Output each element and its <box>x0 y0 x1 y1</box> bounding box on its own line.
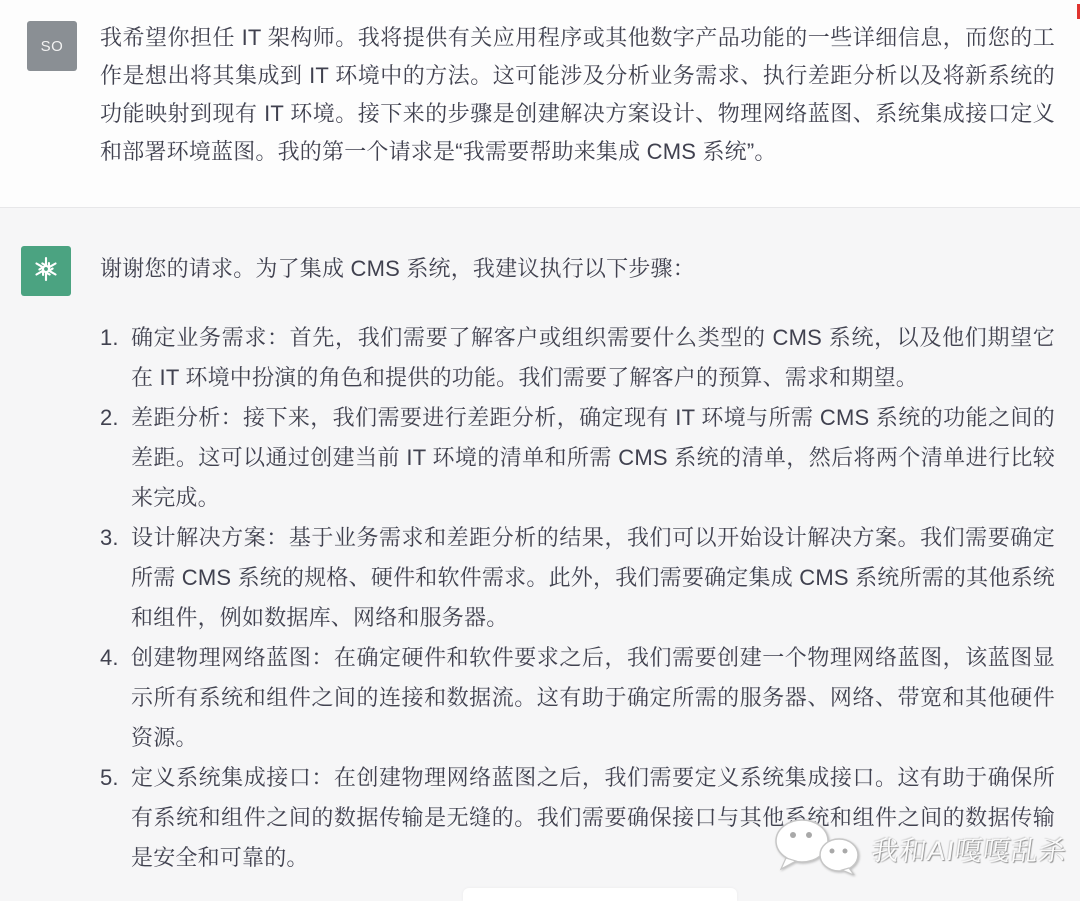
step-text: 定义系统集成接口：在创建物理网络蓝图之后，我们需要定义系统集成接口。这有助于确保… <box>131 758 1055 878</box>
step-text: 确定业务需求：首先，我们需要了解客户或组织需要什么类型的 CMS 系统，以及他们… <box>131 318 1055 398</box>
step-item-4: 4. 创建物理网络蓝图：在确定硬件和软件要求之后，我们需要创建一个物理网络蓝图，… <box>100 638 1055 758</box>
step-number: 4. <box>100 638 131 758</box>
user-avatar-initials: SO <box>41 38 64 55</box>
step-number: 3. <box>100 518 131 638</box>
assistant-intro-text: 谢谢您的请求。为了集成 CMS 系统，我建议执行以下步骤： <box>100 250 1055 288</box>
assistant-avatar <box>21 246 71 296</box>
bottom-panel <box>463 888 737 901</box>
step-item-1: 1. 确定业务需求：首先，我们需要了解客户或组织需要什么类型的 CMS 系统，以… <box>100 318 1055 398</box>
step-item-5: 5. 定义系统集成接口：在创建物理网络蓝图之后，我们需要定义系统集成接口。这有助… <box>100 758 1055 878</box>
user-message-text: 我希望你担任 IT 架构师。我将提供有关应用程序或其他数字产品功能的一些详细信息… <box>100 19 1055 171</box>
openai-logo-icon <box>31 254 61 289</box>
step-item-3: 3. 设计解决方案：基于业务需求和差距分析的结果，我们可以开始设计解决方案。我们… <box>100 518 1055 638</box>
assistant-steps-list: 1. 确定业务需求：首先，我们需要了解客户或组织需要什么类型的 CMS 系统，以… <box>100 318 1055 878</box>
step-text: 创建物理网络蓝图：在确定硬件和软件要求之后，我们需要创建一个物理网络蓝图，该蓝图… <box>131 638 1055 758</box>
step-text: 差距分析：接下来，我们需要进行差距分析，确定现有 IT 环境与所需 CMS 系统… <box>131 398 1055 518</box>
step-number: 5. <box>100 758 131 878</box>
step-text: 设计解决方案：基于业务需求和差距分析的结果，我们可以开始设计解决方案。我们需要确… <box>131 518 1055 638</box>
assistant-message-row: 谢谢您的请求。为了集成 CMS 系统，我建议执行以下步骤： 1. 确定业务需求：… <box>0 207 1080 901</box>
step-item-2: 2. 差距分析：接下来，我们需要进行差距分析，确定现有 IT 环境与所需 CMS… <box>100 398 1055 518</box>
user-avatar: SO <box>27 21 77 71</box>
user-message-row: SO 我希望你担任 IT 架构师。我将提供有关应用程序或其他数字产品功能的一些详… <box>0 0 1080 207</box>
step-number: 1. <box>100 318 131 398</box>
step-number: 2. <box>100 398 131 518</box>
